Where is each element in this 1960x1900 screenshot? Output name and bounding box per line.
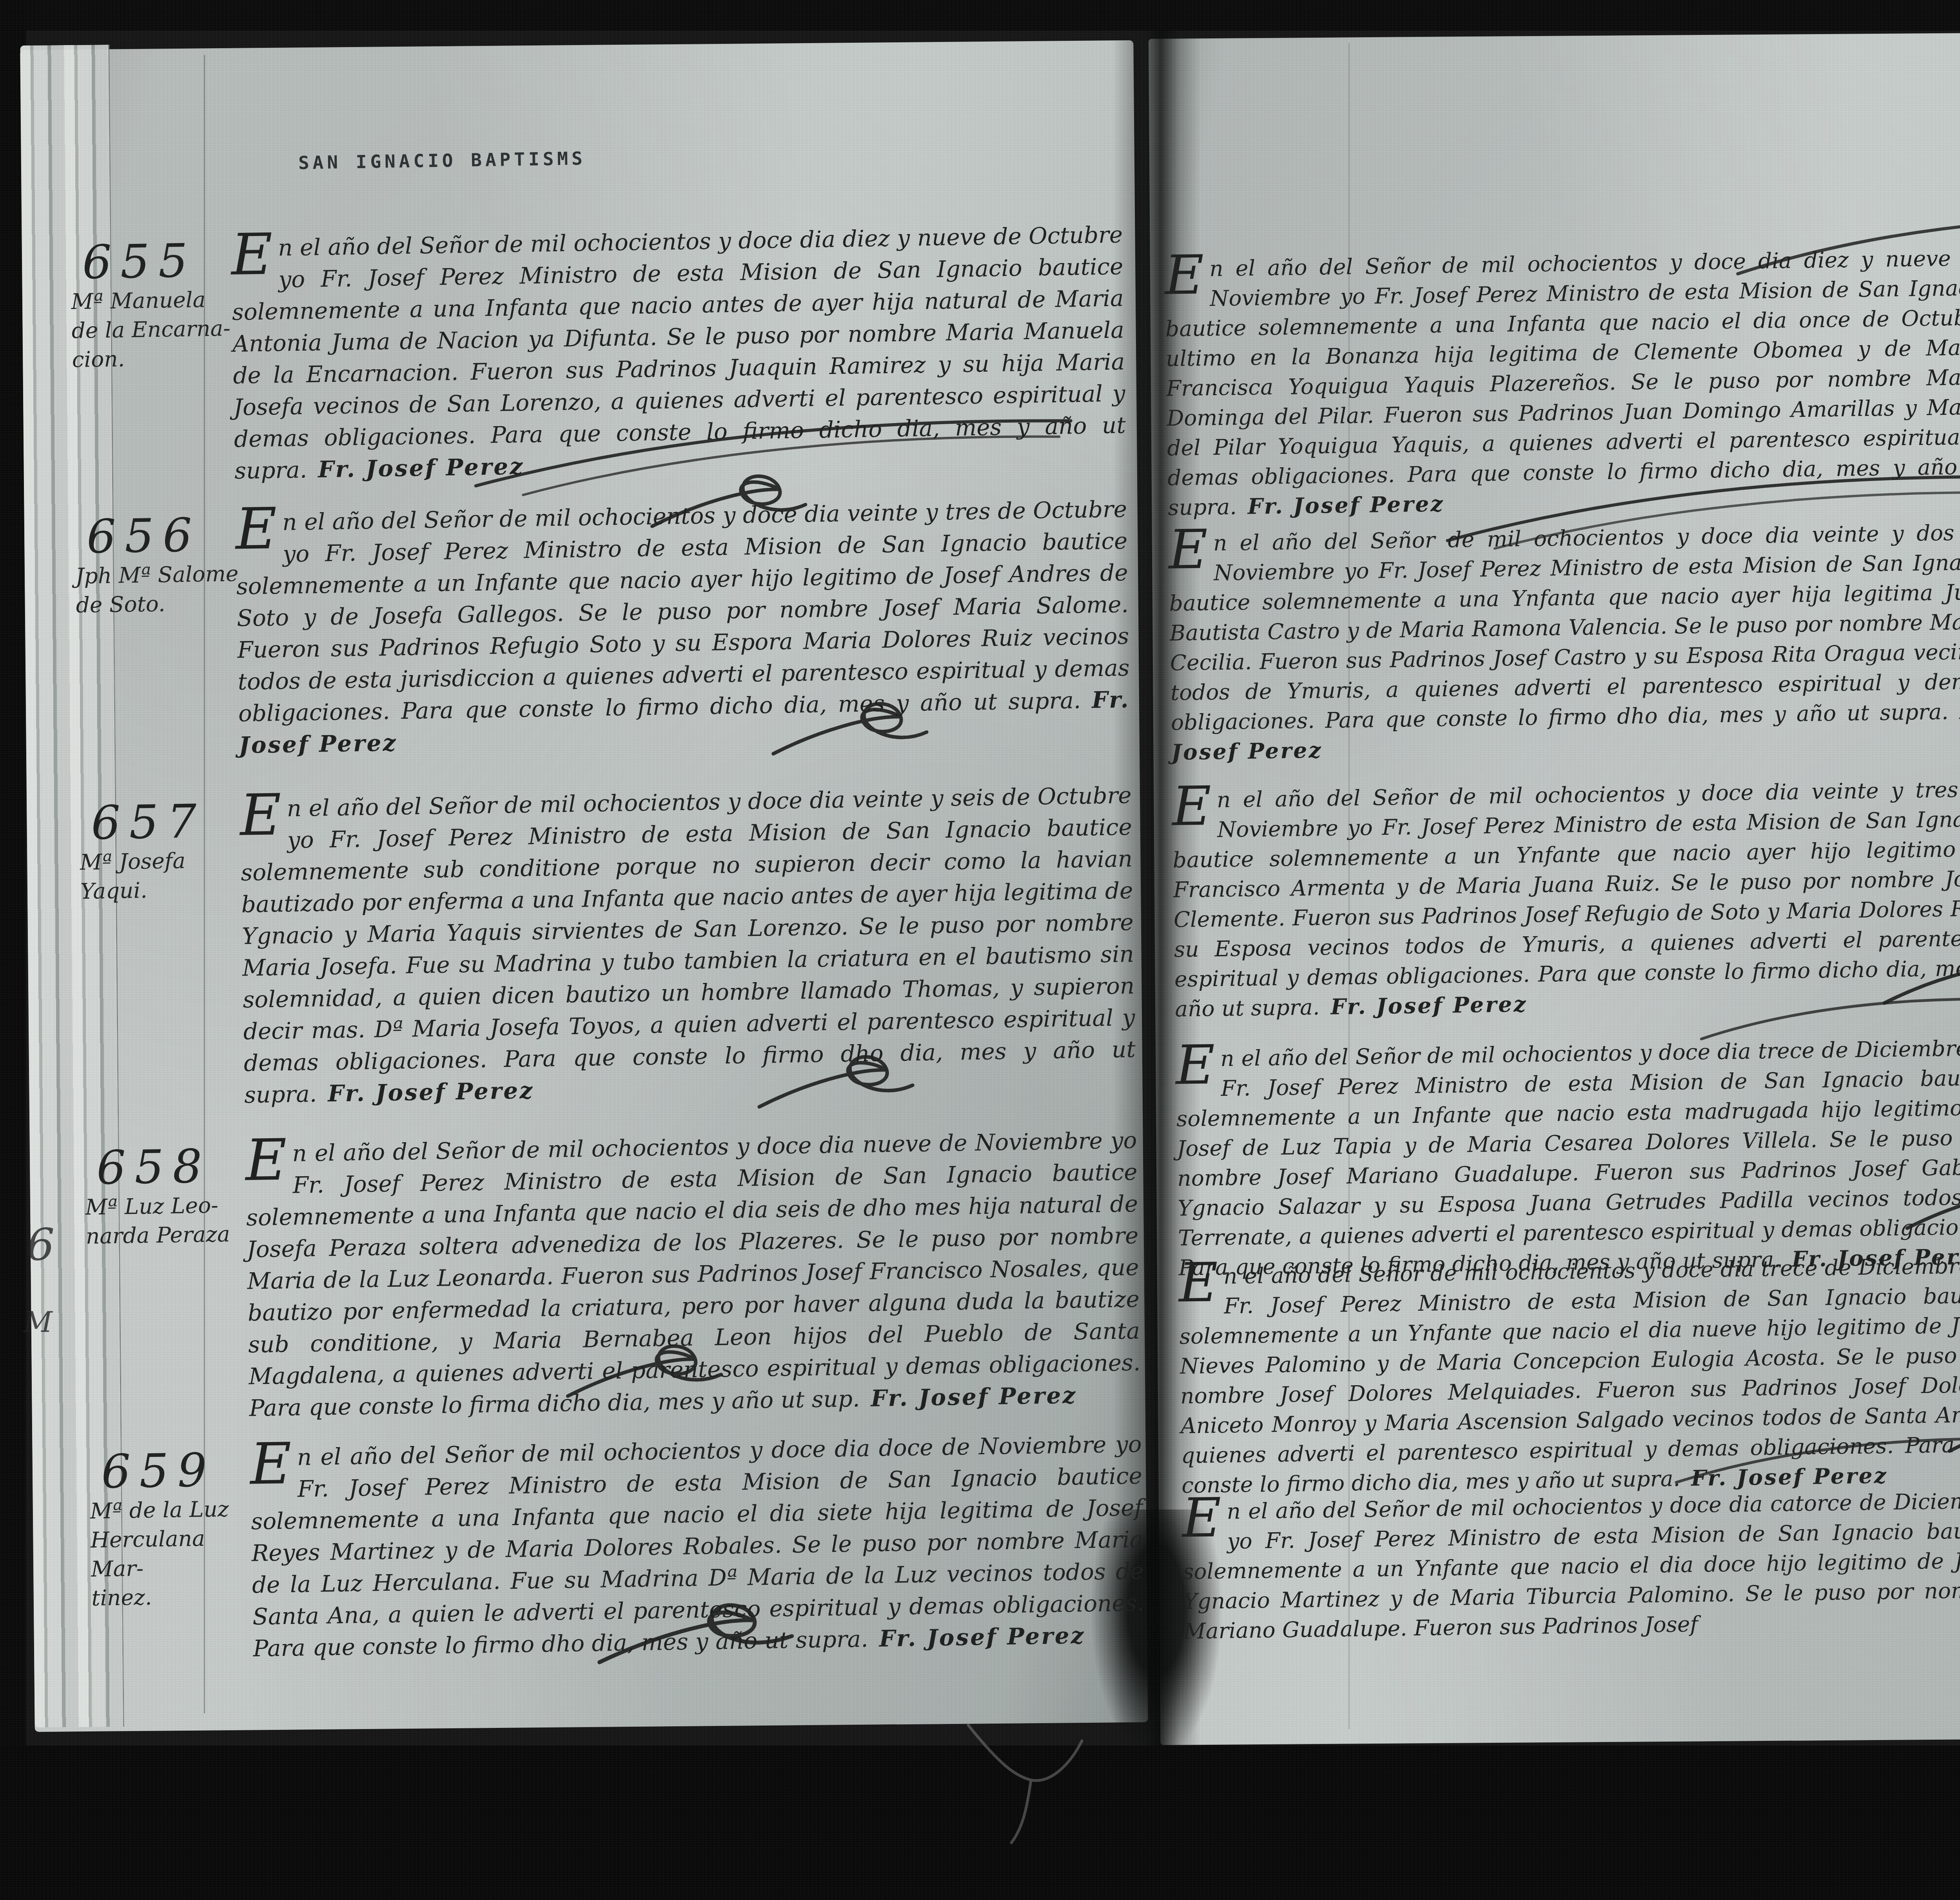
microfilm-photo: SAN IGNACIO BAPTISMS 655 Mª Manuela de l…: [0, 0, 1960, 1900]
record-body: En el año del Señor de mil ochocientos y…: [241, 782, 1136, 1108]
edge-mark: 6: [27, 1219, 54, 1270]
baptism-entry-659: 659 Mª de la Luz Herculana Mar- tinez. E…: [36, 1428, 1149, 1446]
ink-sweep: [1733, 193, 1960, 286]
photo-border-top: [0, 0, 1960, 31]
entry-record-text: En el año del Señor de mil ochocientos y…: [1168, 517, 1960, 767]
entry-number: 659: [101, 1442, 270, 1499]
record-body: En el año del Señor de mil ochocientos y…: [1183, 1488, 1960, 1644]
ink-flourish: [564, 1333, 733, 1420]
entry-margin-name: Mª Luz Leo- narda Peraza: [85, 1190, 258, 1251]
record-body: En el año del Señor de mil ochocientos y…: [1169, 520, 1960, 735]
entry-record-text: En el año del Señor de mil ochocientos y…: [1182, 1486, 1960, 1646]
baptism-entry-658: 658 Mª Luz Leo- narda Peraza En el año d…: [31, 1124, 1145, 1142]
ink-sweep: [1671, 1419, 1960, 1490]
entry-number: 656: [86, 507, 256, 564]
entry-record-text: En el año del Señor de mil ochocientos y…: [240, 779, 1136, 1111]
entry-number: 655: [82, 233, 251, 289]
ink-flourish: [595, 1590, 804, 1687]
baptism-entry-657: 657 Mª Josefa Yaqui. En el año del Señor…: [26, 779, 1139, 797]
priest-signature: Fr. Josef Perez: [868, 1622, 1085, 1652]
entry-margin-name: Jph Mª Salome de Soto.: [75, 559, 249, 619]
entry-margin-name: Mª Manuela de la Encarna- cion.: [71, 284, 245, 374]
priest-signature: Fr. Josef Perez: [317, 1077, 534, 1107]
priest-signature: Fr. Josef Perez: [860, 1382, 1077, 1412]
ink-flourish: [1903, 1165, 1960, 1252]
left-page-text-layer: SAN IGNACIO BAPTISMS 655 Mª Manuela de l…: [14, 36, 1154, 1736]
entry-number: 658: [96, 1138, 265, 1195]
ink-flourish: [648, 463, 818, 550]
entry-margin-name: Mª Josefa Yaqui.: [80, 845, 253, 906]
typed-caption: SAN IGNACIO BAPTISMS: [298, 148, 586, 174]
record-body: En el año del Señor de mil ochocientos y…: [1176, 1035, 1960, 1280]
priest-signature: [1698, 1611, 1709, 1637]
edge-mark: M: [24, 1306, 53, 1339]
backing-scratch: [953, 1717, 1117, 1847]
priest-signature: Fr. Josef Perez: [1319, 991, 1528, 1019]
baptism-entry-655: 655 Mª Manuela de la Encarna- cion. En e…: [17, 219, 1131, 236]
entry-record-text: En el año del Señor de mil ochocientos y…: [1175, 1033, 1960, 1282]
ink-sweep: [1697, 980, 1960, 1047]
ink-flourish: [755, 1043, 925, 1130]
ink-flourish: [769, 690, 939, 777]
baptism-entry-662: 662 Josef Clemen- te Armenta. En el año …: [1153, 771, 1960, 786]
entry-margin-name: Mª de la Luz Herculana Mar- tinez.: [90, 1494, 264, 1613]
ink-sweep: [1443, 454, 1960, 552]
entry-number: 657: [91, 793, 260, 850]
right-page-text-layer: 208. 660 Mª Dominga del Pilar Yaq. En el…: [1143, 28, 1960, 1749]
priest-signature: Fr. Josef Perez: [1236, 491, 1445, 519]
